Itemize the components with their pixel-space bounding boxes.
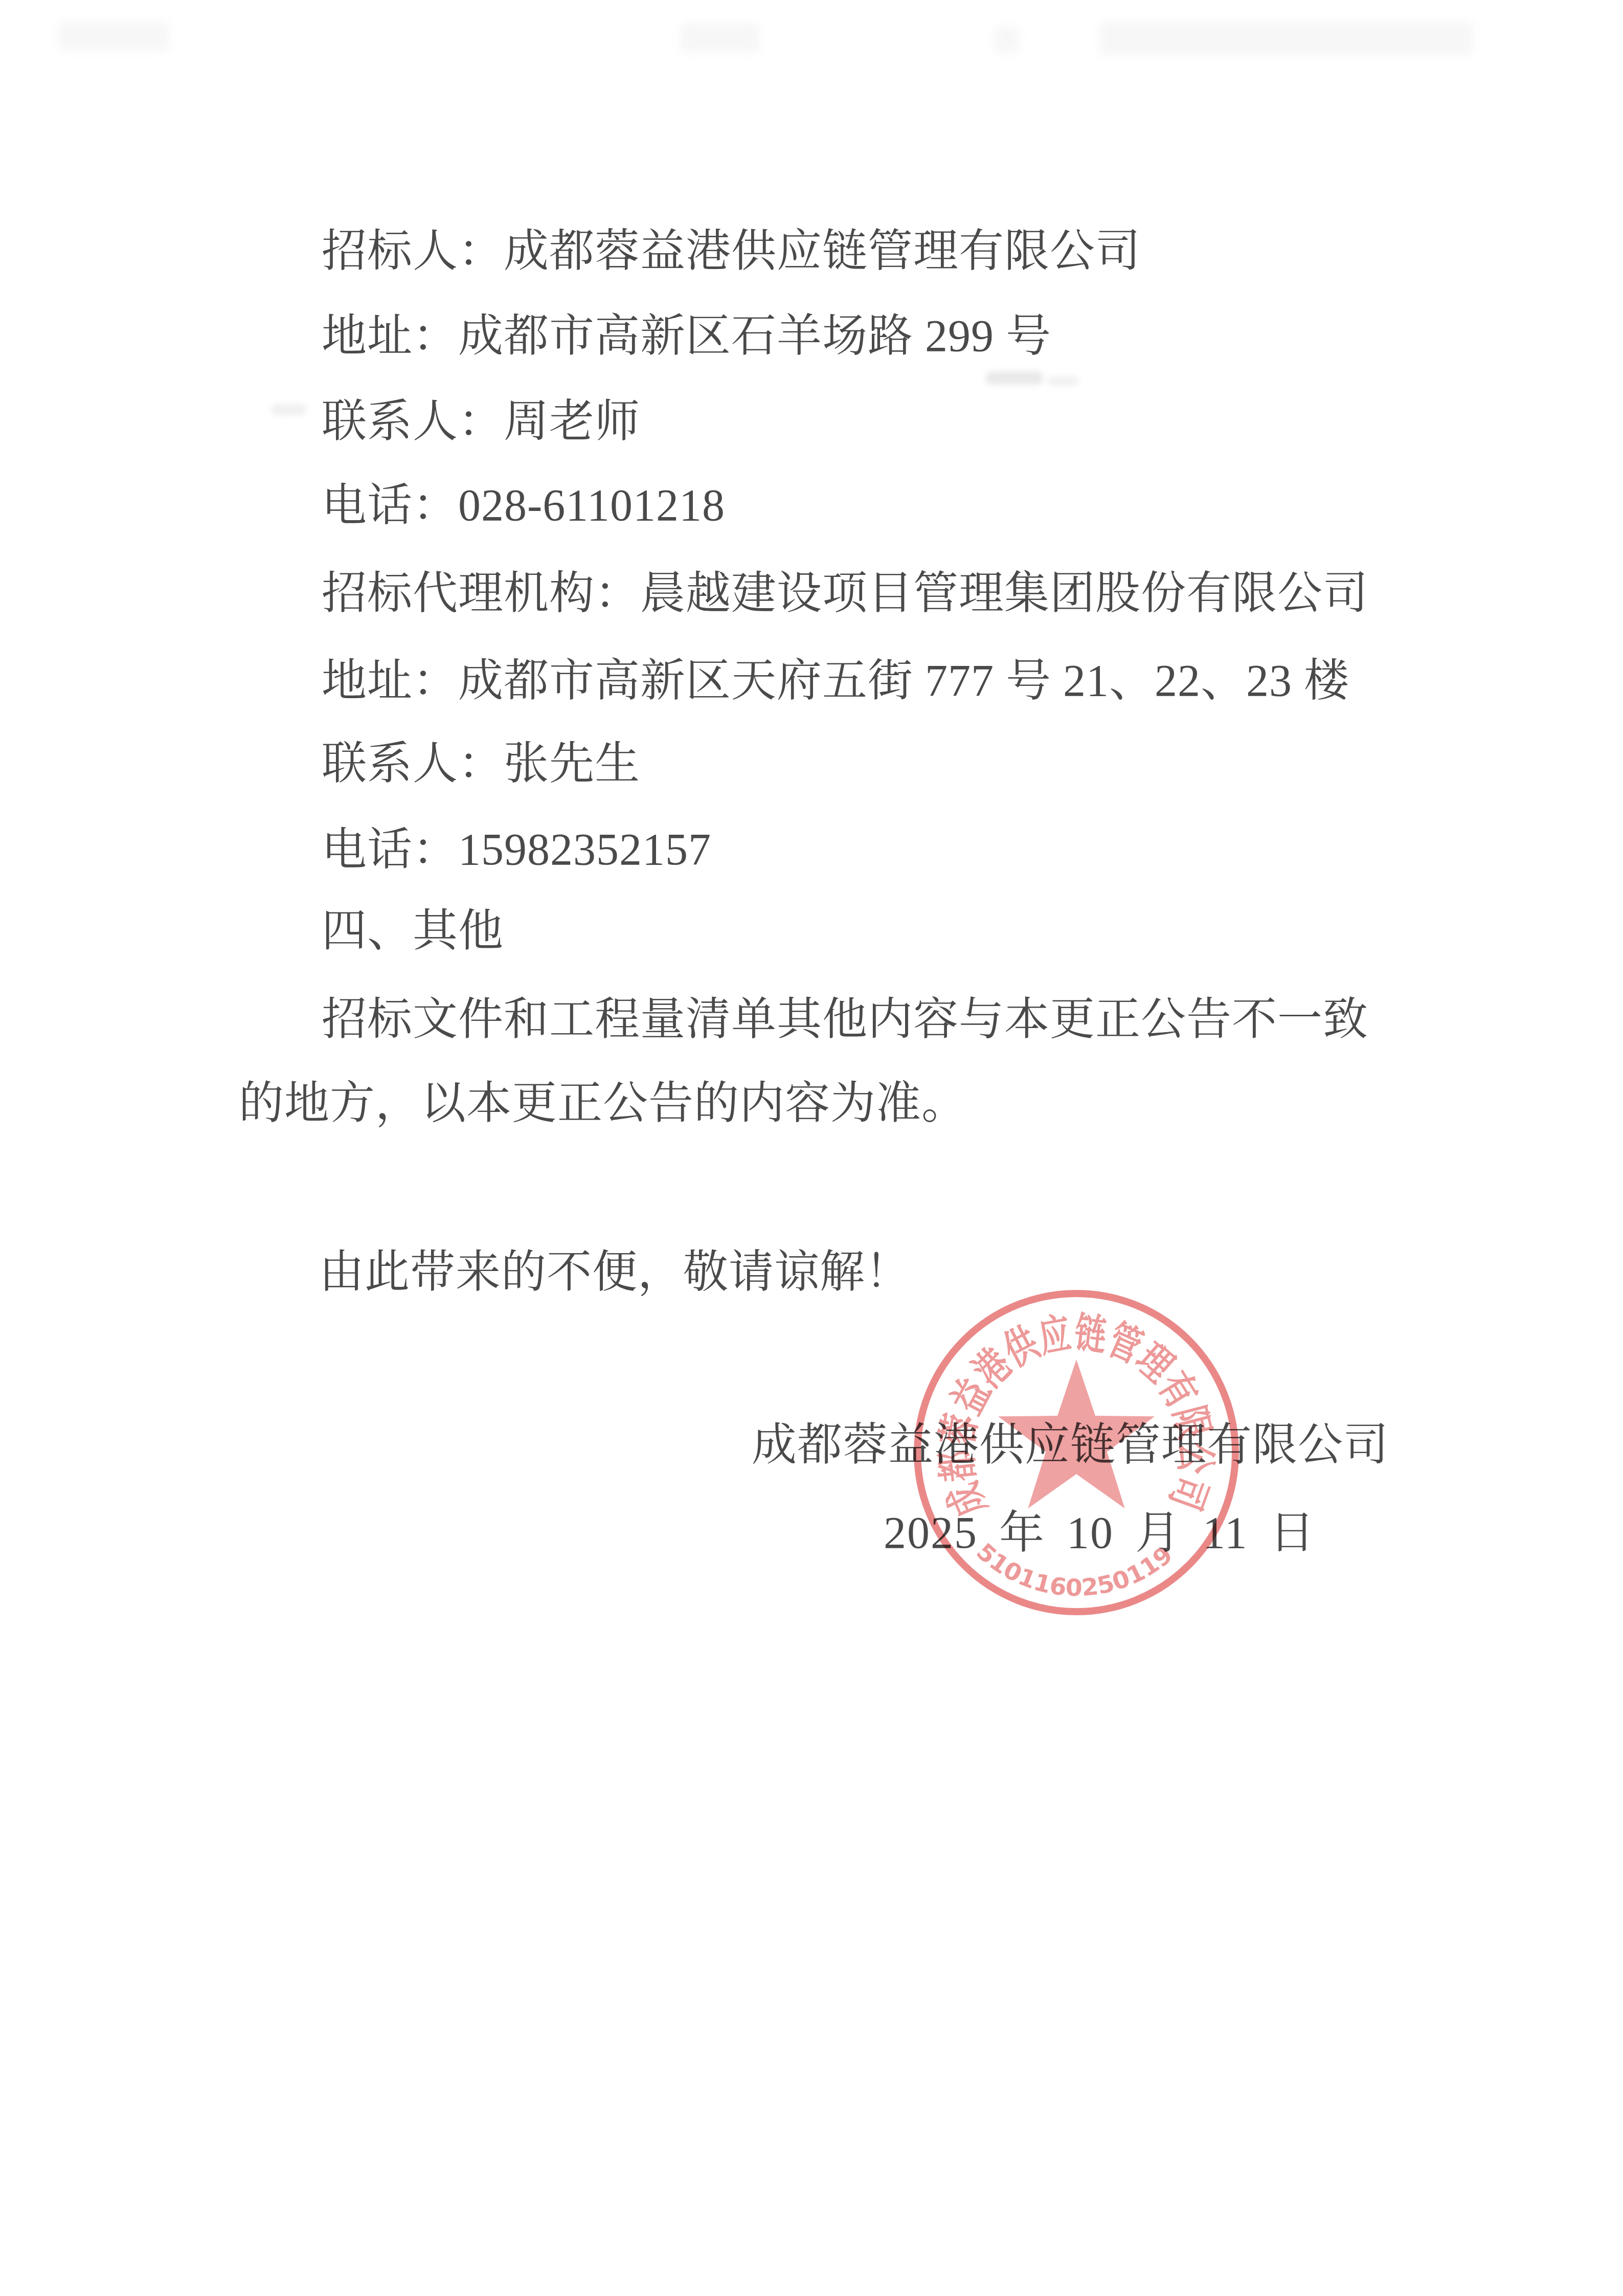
scan-artifact: [1099, 21, 1473, 55]
correction-paragraph-line-1: 招标文件和工程量清单其他内容与本更正公告不一致: [322, 995, 1368, 1044]
agency-contact-line: 联系人：张先生: [322, 740, 640, 788]
bidder-phone-line: 电话：028-61101218: [322, 481, 725, 530]
scan-smudge: [1047, 376, 1079, 386]
company-seal-graphic: 成都蓉益港供应链管理有限公司 5101160250119: [913, 1289, 1240, 1616]
scan-artifact: [995, 27, 1019, 53]
bidder-line: 招标人：成都蓉益港供应链管理有限公司: [322, 227, 1141, 276]
agency-phone-line: 电话：15982352157: [322, 826, 711, 874]
company-seal-stamp: 成都蓉益港供应链管理有限公司 5101160250119: [913, 1289, 1240, 1616]
correction-paragraph-line-2: 的地方，以本更正公告的内容为准。: [239, 1079, 967, 1128]
scan-artifact: [59, 21, 169, 51]
scan-smudge: [271, 404, 307, 415]
agency-line: 招标代理机构：晨越建设项目管理集团股份有限公司: [322, 569, 1368, 618]
scan-smudge: [986, 371, 1043, 385]
agency-address-line: 地址：成都市高新区天府五街 777 号 21、22、23 楼: [322, 657, 1349, 705]
bidder-contact-line: 联系人：周老师: [322, 397, 640, 446]
apology-line: 由此带来的不便，敬请谅解！: [319, 1248, 911, 1297]
bidder-address-line: 地址：成都市高新区石羊场路 299 号: [322, 312, 1051, 361]
scan-artifact: [680, 23, 759, 53]
section-four-heading: 四、其他: [322, 907, 504, 955]
star-icon: [998, 1359, 1155, 1508]
scanned-document-page: 招标人：成都蓉益港供应链管理有限公司 地址：成都市高新区石羊场路 299 号 联…: [0, 0, 1623, 2296]
